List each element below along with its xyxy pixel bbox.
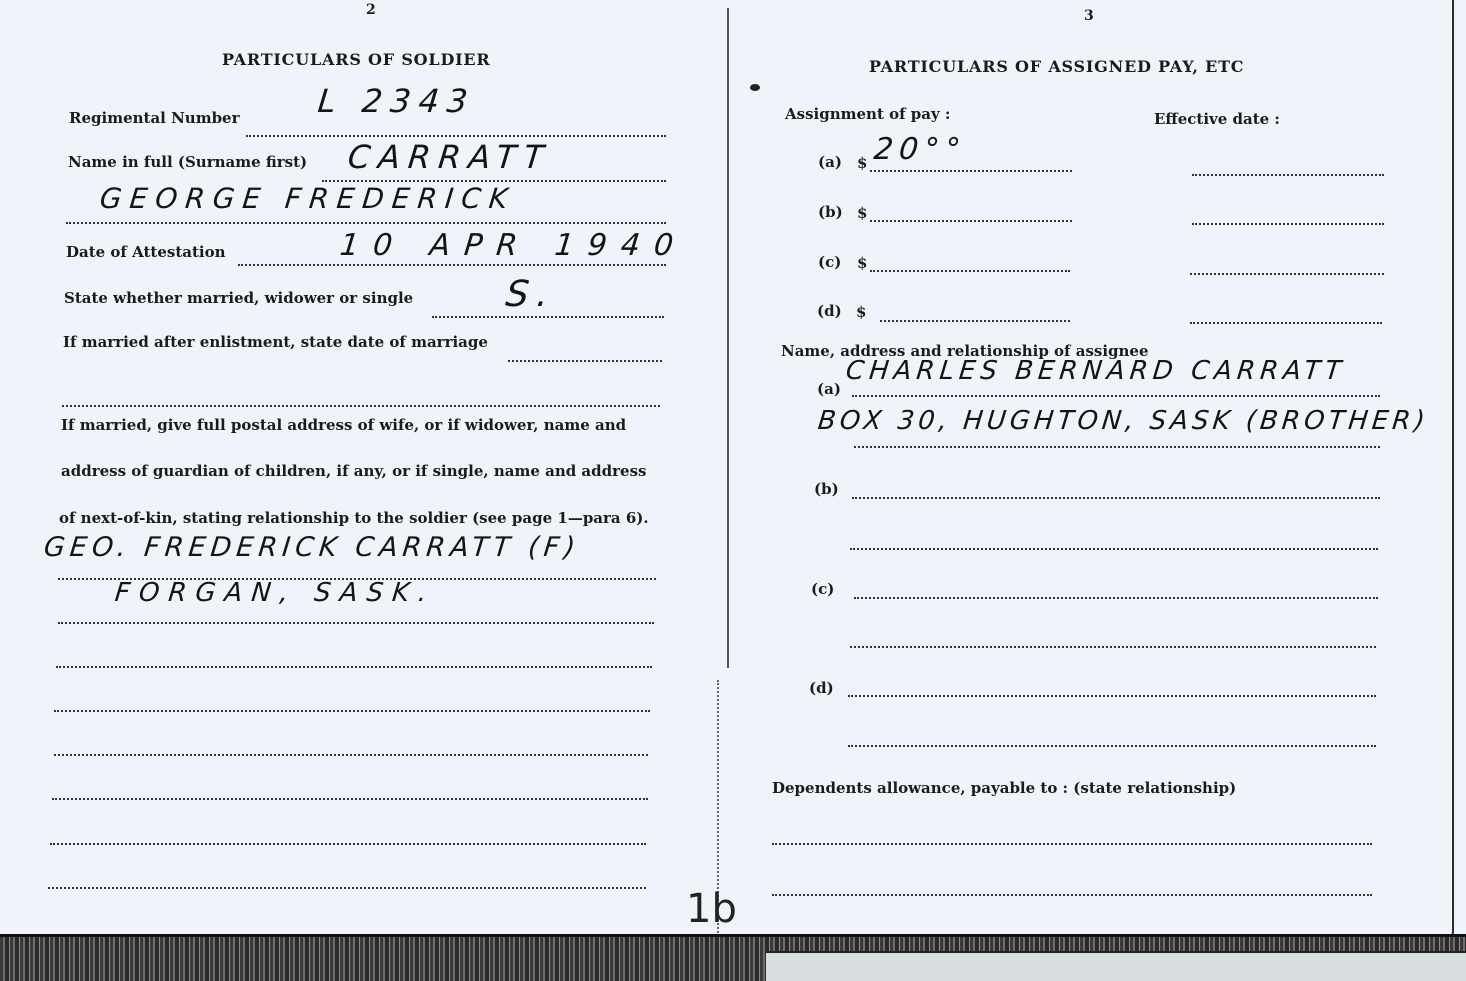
book-gutter [727,8,729,668]
attestation-value[interactable]: 10 APR 1940 [338,228,689,263]
attestation-label: Date of Attestation [66,243,226,261]
book-bottom-edge-right [766,951,1466,981]
effective-date-label: Effective date : [1154,110,1280,128]
dependents-label: Dependents allowance, payable to : (stat… [772,779,1236,797]
currency-c: $ [857,254,867,272]
married-after-line-2 [62,405,660,407]
nok-instructions-1: If married, give full postal address of … [61,416,626,434]
currency-a: $ [857,154,867,172]
nok-line-5 [54,754,648,756]
assignment-c-date-line[interactable] [1190,273,1384,275]
assignment-b-date-line[interactable] [1192,223,1384,225]
assignment-a-key: (a) [818,153,842,171]
assignee-b-line-1[interactable] [852,497,1380,499]
married-after-label: If married after enlistment, state date … [63,333,488,351]
assignee-c-line-2[interactable] [850,646,1376,648]
nok-line-4 [54,710,650,712]
assignee-a-key: (a) [817,380,841,398]
assignee-c-key: (c) [811,580,834,598]
assignee-d-key: (d) [809,679,834,697]
assignment-c-amount-line[interactable] [870,270,1070,272]
assignment-b-amount-line[interactable] [870,220,1072,222]
marital-status-label: State whether married, widower or single [64,289,413,307]
regimental-number-value[interactable]: L 2343 [316,82,477,120]
assignee-a-name[interactable]: CHARLES BERNARD CARRATT [844,356,1347,386]
assignee-d-line-2[interactable] [848,745,1376,747]
nok-line-2 [58,622,654,624]
surname-value[interactable]: CARRATT [346,138,553,176]
currency-b: $ [857,204,867,222]
dependents-line-2[interactable] [772,894,1372,896]
page-title-right: PARTICULARS OF ASSIGNED PAY, ETC [869,57,1244,76]
right-page [722,0,1454,941]
assignment-d-amount-line[interactable] [880,320,1070,322]
assignee-a-line-2 [854,446,1380,448]
nok-line-8 [48,887,646,889]
page-title-left: PARTICULARS OF SOLDIER [222,50,491,69]
name-line-2 [66,222,666,224]
assignment-b-key: (b) [818,203,843,221]
married-after-line-1 [508,360,662,362]
assignment-d-key: (d) [817,302,842,320]
nok-value-2[interactable]: FORGAN, SASK. [113,578,437,608]
page-number-right: 3 [1084,8,1094,24]
currency-d: $ [856,303,866,321]
nok-line-3 [56,666,652,668]
dependents-line-1[interactable] [772,843,1372,845]
nok-instructions-3: of next-of-kin, stating relationship to … [59,509,649,527]
attestation-line [238,264,666,266]
regimental-number-label: Regimental Number [69,109,240,127]
name-label: Name in full (Surname first) [68,153,307,171]
nok-line-7 [50,843,646,845]
assignee-a-address[interactable]: BOX 30, HUGHTON, SASK (BROTHER) [816,406,1430,436]
nok-instructions-2: address of guardian of children, if any,… [61,462,646,480]
assignee-b-key: (b) [814,480,839,498]
assignment-a-date-line[interactable] [1192,174,1384,176]
assignee-a-line-1 [852,395,1380,397]
page-mark-handwritten: 1b [686,886,737,932]
nok-value-1[interactable]: GEO. FREDERICK CARRATT (F) [42,532,581,563]
page-number-left: 2 [366,2,376,18]
given-names-value[interactable]: GEORGE FREDERICK [98,182,517,215]
nok-line-6 [52,798,648,800]
assignee-d-line-1[interactable] [848,695,1376,697]
assignee-c-line-1[interactable] [854,597,1378,599]
punch-mark [750,84,760,91]
marital-status-line [432,316,664,318]
regimental-number-line [246,135,666,137]
assignment-a-amount-line [870,170,1072,172]
assignee-b-line-2[interactable] [850,548,1378,550]
assignment-c-key: (c) [818,253,841,271]
assignment-d-date-line[interactable] [1190,322,1382,324]
marital-status-value[interactable]: S. [504,274,559,315]
assignment-label: Assignment of pay : [785,105,950,123]
assignment-a-amount[interactable]: 20°° [872,132,968,167]
